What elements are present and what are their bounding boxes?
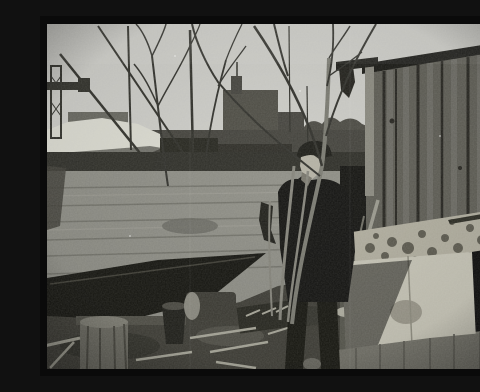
film-grain <box>40 16 480 376</box>
film-still-canvas: A man in a flat cap and dark coat stands… <box>40 16 480 376</box>
frame-bar-bottom <box>40 369 480 376</box>
frame-bar-left <box>40 16 47 376</box>
frame-bar-top <box>40 16 480 24</box>
film-still: A man in a flat cap and dark coat stands… <box>40 16 480 376</box>
